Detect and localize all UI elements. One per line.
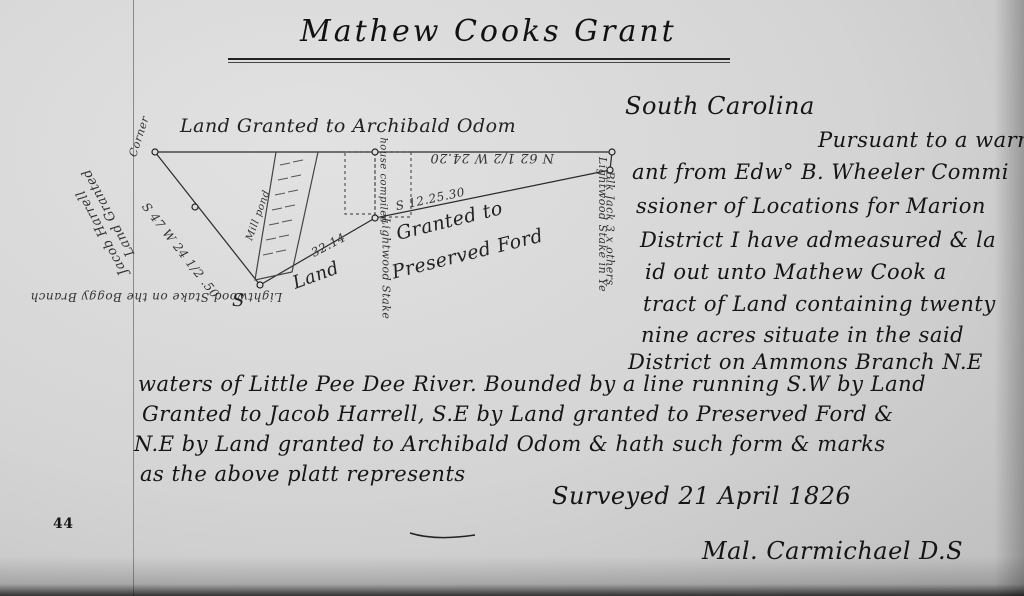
surveyed-date: Surveyed 21 April 1826 [552, 482, 851, 510]
body-line-4: District I have admeasured & la [640, 228, 996, 252]
plat-label-north: Land Granted to Archibald Odom [180, 115, 516, 137]
boundary-line-southwest [155, 152, 260, 285]
body-line-2: ant from Edw° B. Wheeler Commi [632, 160, 1009, 184]
body-line-7: nine acres situate in the said [641, 323, 964, 347]
body-line-11: N.E by Land granted to Archibald Odom & … [134, 432, 886, 456]
body-line-8: District on Ammons Branch N.E [628, 350, 983, 374]
plat-label-lightwood-mid: Lightwood Stake [379, 218, 392, 320]
plat-label-east-stake-2: Blk Jack 3 x others [604, 171, 617, 285]
body-line-9: waters of Little Pee Dee River. Bounded … [138, 372, 926, 396]
mill-pond-outline [255, 152, 318, 280]
body-line-5: id out unto Mathew Cook a [645, 260, 947, 284]
bearing-north: N 62 1/2 W 24.20 [430, 150, 554, 165]
edge-shadow-right [994, 0, 1024, 596]
body-line-3: ssioner of Locations for Marion [636, 194, 986, 218]
state-heading: South Carolina [625, 92, 815, 120]
plat-label-house: house compiled [378, 137, 389, 223]
page-number: 44 [53, 516, 73, 532]
flourish-mark [405, 525, 485, 545]
body-line-10: Granted to Jacob Harrell, S.E by Land gr… [142, 402, 894, 426]
body-line-12: as the above platt represents [140, 462, 466, 486]
house-outline [345, 152, 375, 214]
body-line-6: tract of Land containing twenty [643, 292, 996, 316]
edge-shadow-bottom [0, 556, 1024, 596]
plat-label-s: S [232, 290, 245, 311]
corner-marker [152, 149, 158, 155]
